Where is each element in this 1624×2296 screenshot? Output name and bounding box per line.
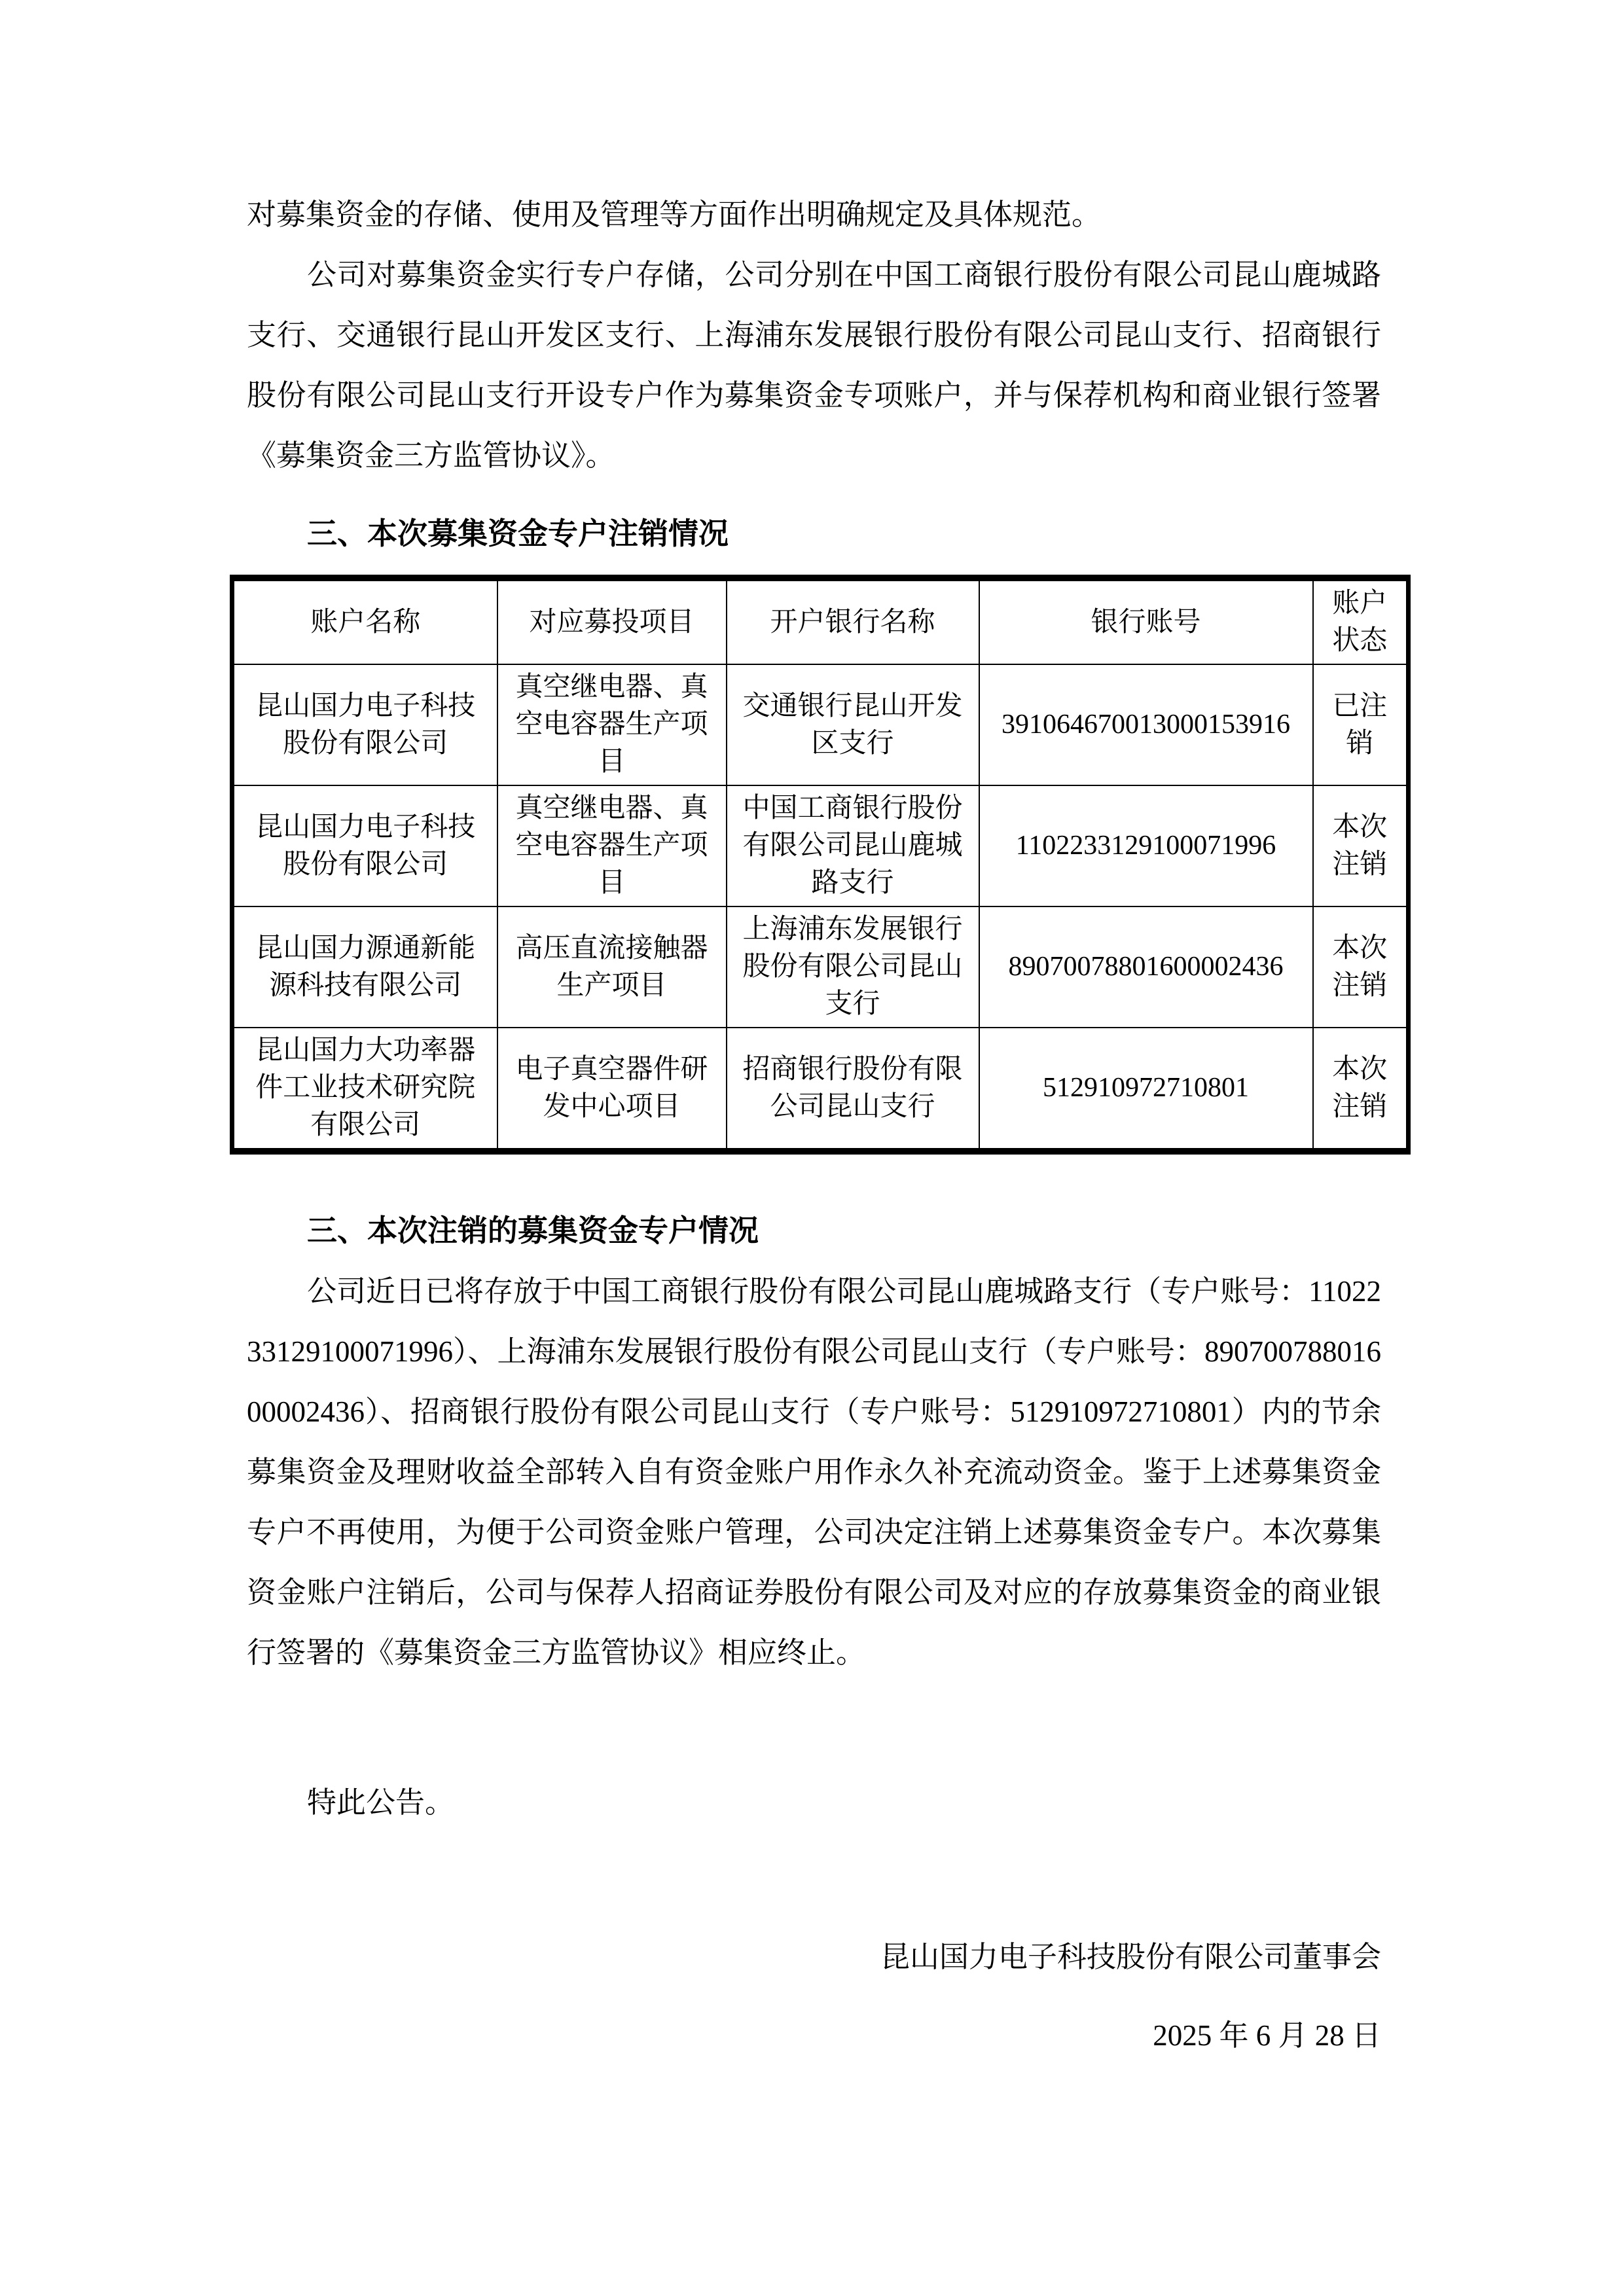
cell-bank-name: 上海浦东发展银行股份有限公司昆山支行 [727,906,979,1028]
cell-account-number: 512910972710801 [979,1028,1313,1151]
signature-board-of-directors: 昆山国力电子科技股份有限公司董事会 [247,1927,1381,1987]
cell-account-name: 昆山国力源通新能源科技有限公司 [232,906,497,1028]
cell-project: 高压直流接触器生产项目 [497,906,727,1028]
closing-announcement: 特此公告。 [247,1772,1381,1833]
table-row: 昆山国力源通新能源科技有限公司 高压直流接触器生产项目 上海浦东发展银行股份有限… [232,906,1409,1028]
cell-bank-name: 中国工商银行股份有限公司昆山鹿城路支行 [727,785,979,906]
table-row: 昆山国力电子科技股份有限公司 真空继电器、真空电容器生产项目 中国工商银行股份有… [232,785,1409,906]
cell-account-status: 本次注销 [1313,906,1409,1028]
column-header-account-number: 银行账号 [979,578,1313,664]
table-row: 昆山国力大功率器件工业技术研究院有限公司 电子真空器件研发中心项目 招商银行股份… [232,1028,1409,1151]
table-header-row: 账户名称 对应募投项目 开户银行名称 银行账号 账户状态 [232,578,1409,664]
paragraph-cancellation-detail: 公司近日已将存放于中国工商银行股份有限公司昆山鹿城路支行（专户账号：110223… [247,1261,1381,1683]
cell-account-number: 1102233129100071996 [979,785,1313,906]
cell-project: 真空继电器、真空电容器生产项目 [497,664,727,785]
paragraph-account-opening: 公司对募集资金实行专户存储，公司分别在中国工商银行股份有限公司昆山鹿城路支行、交… [247,245,1381,486]
column-header-bank-name: 开户银行名称 [727,578,979,664]
cell-project: 真空继电器、真空电容器生产项目 [497,785,727,906]
column-header-account-name: 账户名称 [232,578,497,664]
section-heading-cancelled-accounts-detail: 三、本次注销的募集资金专户情况 [247,1201,1381,1261]
cell-bank-name: 交通银行昆山开发区支行 [727,664,979,785]
page: { "page": { "paragraph_1": "对募集资金的存储、使用及… [0,0,1624,2296]
cell-project: 电子真空器件研发中心项目 [497,1028,727,1151]
section-heading-account-cancellation-status: 三、本次募集资金专户注销情况 [247,504,1381,564]
cell-account-number: 89070078801600002436 [979,906,1313,1028]
cell-account-status: 已注销 [1313,664,1409,785]
cell-account-status: 本次注销 [1313,785,1409,906]
cell-account-name: 昆山国力电子科技股份有限公司 [232,785,497,906]
cell-account-number: 391064670013000153916 [979,664,1313,785]
table-row: 昆山国力电子科技股份有限公司 真空继电器、真空电容器生产项目 交通银行昆山开发区… [232,664,1409,785]
fund-account-table: 账户名称 对应募投项目 开户银行名称 银行账号 账户状态 昆山国力电子科技股份有… [230,575,1411,1155]
column-header-account-status: 账户状态 [1313,578,1409,664]
cell-account-name: 昆山国力大功率器件工业技术研究院有限公司 [232,1028,497,1151]
cell-account-name: 昆山国力电子科技股份有限公司 [232,664,497,785]
announcement-date: 2025 年 6 月 28 日 [247,2005,1381,2066]
document-page: 对募集资金的存储、使用及管理等方面作出明确规定及具体规范。 公司对募集资金实行专… [0,0,1624,2066]
cell-account-status: 本次注销 [1313,1028,1409,1151]
column-header-project: 对应募投项目 [497,578,727,664]
paragraph-regulation-continuation: 对募集资金的存储、使用及管理等方面作出明确规定及具体规范。 [247,185,1381,245]
cell-bank-name: 招商银行股份有限公司昆山支行 [727,1028,979,1151]
